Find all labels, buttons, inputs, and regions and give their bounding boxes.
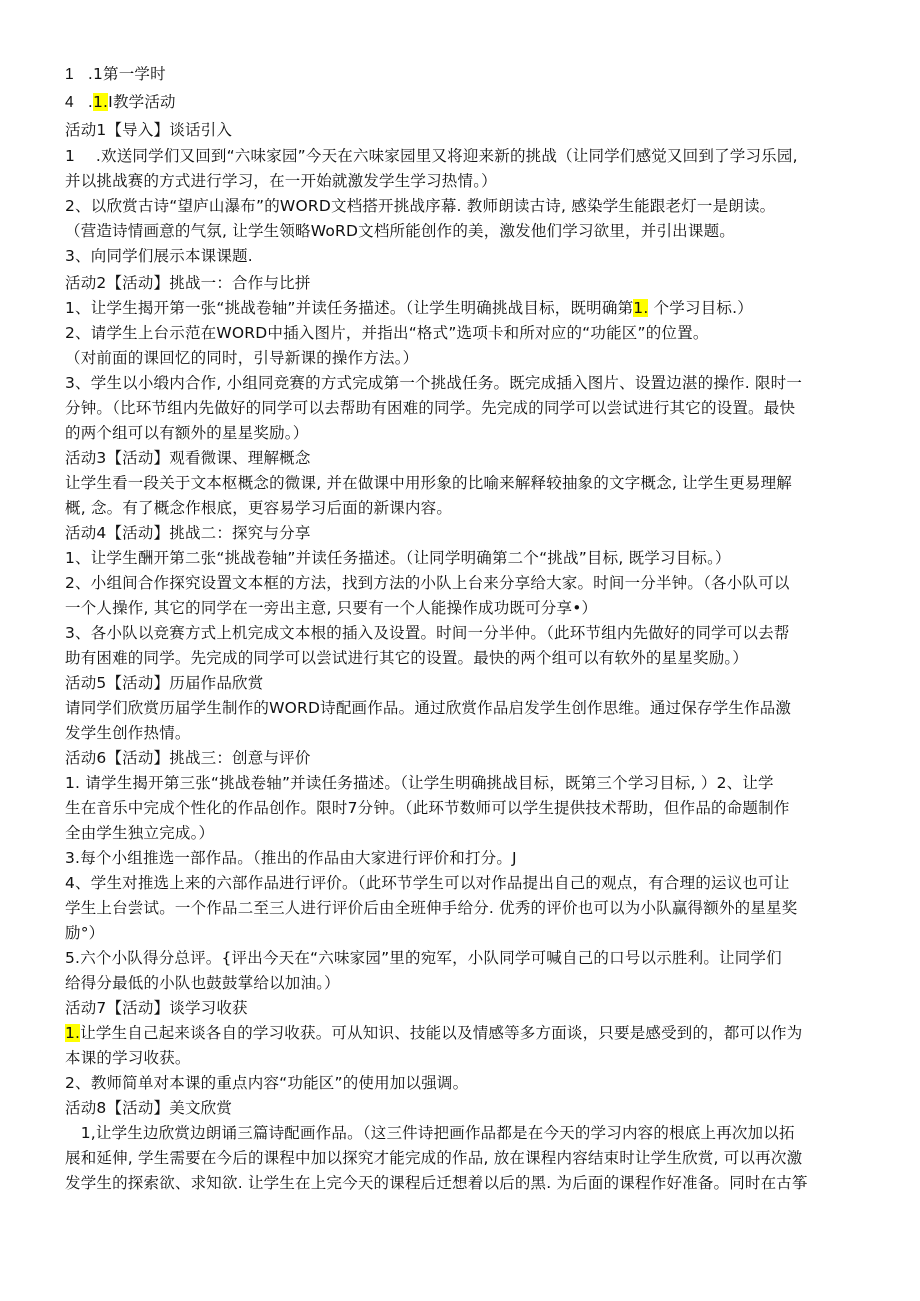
paragraph-line: （营造诗情画意的气氛, 让学生领略WoRD文档所能创作的美，激发他们学习欲里，并… [65,221,865,241]
activity-heading: 活动5【活动】历届作品欣赏 [65,673,865,693]
paragraph-line: 励°） [65,923,865,943]
activity-heading: 活动6【活动】挑战三：创意与评价 [65,748,865,768]
paragraph-line: 1、让学生揭开第一张“挑战卷轴”并读任务描述。（让学生明确挑战目标，既明确第1.… [65,298,865,318]
paragraph-line: 的两个组可以有额外的星星奖励。） [65,423,865,443]
section-heading-activities: 4.1.I教学活动 [65,92,865,113]
activity-heading: 活动8【活动】美文欣赏 [65,1098,865,1118]
activity-heading: 活动7【活动】谈学习收获 [65,998,865,1018]
paragraph-line: 请同学们欣赏历届学生制作的WORD诗配画作品。通过欣赏作品启发学生创作思维。通过… [65,698,865,718]
section-heading-lesson: 1.1第一学时 [65,64,865,85]
paragraph-line: 5.六个小队得分总评。{评出今天在“六味家园”里的宛军，小队同学可喊自己的口号以… [65,948,865,968]
paragraph-line: 展和延伸, 学生需要在今后的课程中加以探究才能完成的作品, 放在课程内容结束时让… [65,1148,865,1168]
activity-heading: 活动3【活动】观看微课、理解概念 [65,448,865,468]
highlighted-number: 1. [93,93,108,111]
paragraph-line: 发学生的探索欲、求知欲. 让学生在上完今天的课程后迁想着以后的黑. 为后面的课程… [65,1173,865,1193]
paragraph-line: 1 .欢送同学们又回到“六味家园”今天在六味家园里又将迎来新的挑战（让同学们感觉… [65,146,865,166]
paragraph-line: 助有困难的同学。先完成的同学可以尝试进行其它的设置。最快的两个组可以有软外的星星… [65,648,865,668]
paragraph-line: 1. 请学生揭开第三张“挑战卷轴”并读任务描述。（让学生明确挑战目标，既第三个学… [65,773,865,793]
paragraph-line: 全由学生独立完成。） [65,823,865,843]
paragraph-line: 分钟。（比环节组内先做好的同学可以去帮助有困难的同学。先完成的同学可以尝试进行其… [65,398,865,418]
paragraph-line: 概, 念。有了概念作根底，更容易学习后面的新课内容。 [65,498,865,518]
paragraph-line: 1.让学生自己起来谈各自的学习收获。可从知识、技能以及情感等多方面谈，只要是感受… [65,1023,865,1043]
paragraph-line: 2、教师简单对本课的重点内容“功能区”的使用加以强调。 [65,1073,865,1093]
paragraph-line: 2、以欣赏古诗“望庐山瀑布”的WORD文档搭开挑战序幕. 教师朗读古诗, 感染学… [65,196,865,216]
activity-heading: 活动1【导入】谈话引入 [65,120,865,140]
paragraph-line: 3、向同学们展示本课课题. [65,246,865,266]
paragraph-line: 让学生看一段关于文本枢概念的微课, 并在做课中用形象的比喻来解释较抽象的文字概念… [65,473,865,493]
paragraph-line: 1,让学生边欣赏边朗诵三篇诗配画作品。（这三件诗把画作品都是在今天的学习内容的根… [65,1123,865,1143]
highlighted-number: 1. [65,1024,80,1042]
paragraph-line: 3、学生以小缎内合作, 小组同竞赛的方式完成第一个挑战任务。既完成插入图片、设置… [65,373,865,393]
paragraph-line: 生在音乐中完成个性化的作品创作。限时7分钟。（此环节数师可以学生提供技术帮助，但… [65,798,865,818]
paragraph-line: （对前面的课回忆的同时，引导新课的操作方法。） [65,348,865,368]
paragraph-line: 4、学生对推选上来的六部作品进行评价。（此环节学生可以对作品提出自己的观点，有合… [65,873,865,893]
paragraph-line: 并以挑战赛的方式进行学习，在一开始就激发学生学习热情。） [65,171,865,191]
paragraph-line: 学生上台尝试。一个作品二至三人进行评价后由全班伸手给分. 优秀的评价也可以为小队… [65,898,865,918]
paragraph-line: 3、各小队以竞赛方式上机完成文本根的插入及设置。时间一分半仲。（此环节组内先做好… [65,623,865,643]
paragraph-line: 发学生创作热情。 [65,723,865,743]
paragraph-line: 给得分最低的小队也鼓鼓掌给以加油。） [65,973,865,993]
paragraph-line: 1、让学生酬开第二张“挑战卷轴”并读任务描述。（让同学明确第二个“挑战”目标, … [65,548,865,568]
paragraph-line: 2、请学生上台示范在WORD中插入图片，并指出“格式”选项卡和所对应的“功能区”… [65,323,865,343]
paragraph-line: 3.每个小组推选一部作品。（推出的作品由大家进行评价和打分。J [65,848,865,868]
paragraph-line: 本课的学习收获。 [65,1048,865,1068]
paragraph-line: 一个人操作, 其它的同学在一旁出主意, 只要有一个人能操作成功既可分享•） [65,598,865,618]
highlighted-number: 1. [633,299,648,317]
paragraph-line: 2、小组间合作探究设置文本框的方法，找到方法的小队上台来分享给大家。时间一分半钟… [65,573,865,593]
activity-heading: 活动4【活动】挑战二：探究与分享 [65,523,865,543]
activity-heading: 活动2【活动】挑战一：合作与比拼 [65,273,865,293]
